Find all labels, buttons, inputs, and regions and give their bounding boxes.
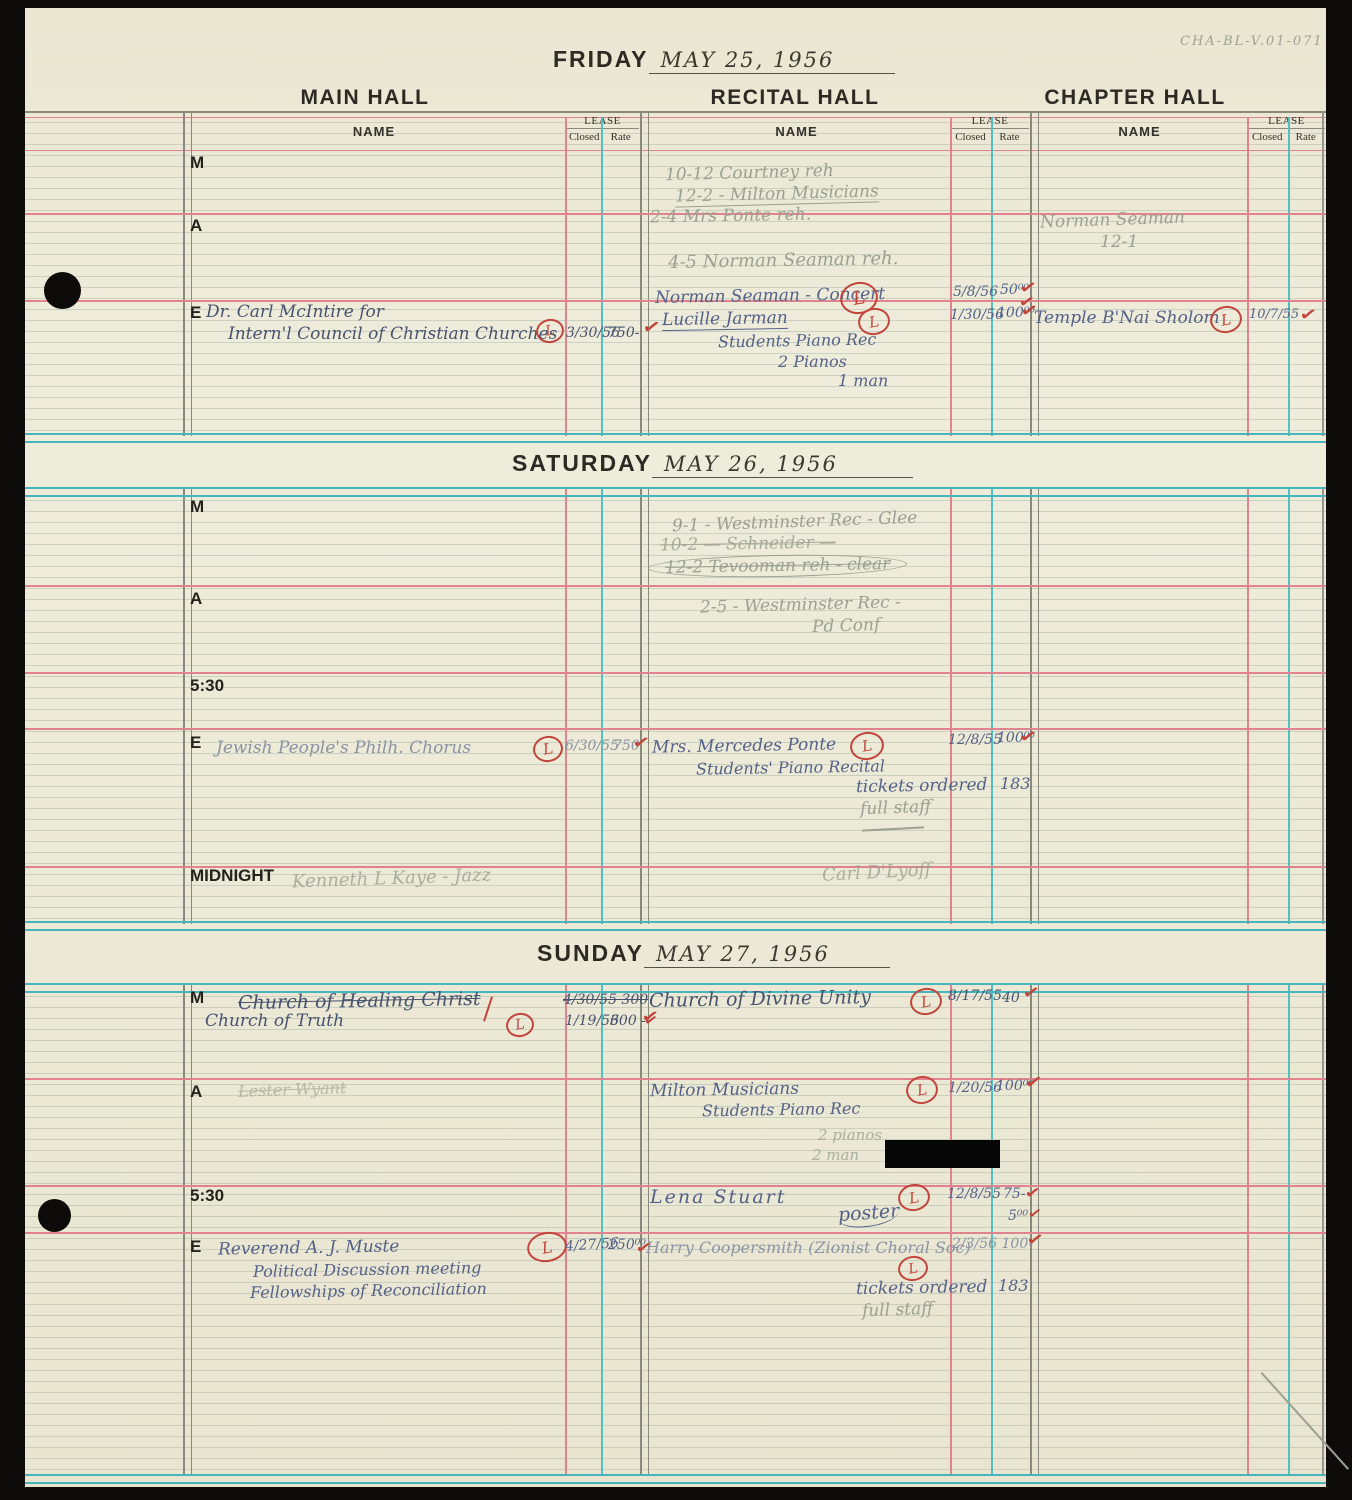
rate-label: Rate [990, 129, 1029, 143]
punch-hole [44, 272, 81, 309]
entry-saturday-recital-evening-name: Mrs. Mercedes Ponte [652, 734, 836, 757]
entry-friday-recital-evening2-name: Lucille Jarman [662, 308, 788, 331]
check-mark: ✓ [1025, 1229, 1045, 1251]
entry-saturday-recital-evening-closed: 12/8/55 [948, 732, 1002, 748]
lease-label: LEASE [951, 115, 1029, 129]
day-name: SATURDAY [512, 450, 652, 477]
entry-friday-chapter-afternoon-line2: 12-1 [1100, 232, 1138, 252]
row-line [25, 1078, 1326, 1080]
grid-vline [1288, 117, 1290, 436]
entry-friday-recital-evening2-line4: 1 man [838, 371, 888, 390]
entry-sunday-recital-evening-name: Harry Coopersmith (Zionist Choral Soc) [646, 1238, 971, 1257]
grid-vline [1247, 117, 1249, 436]
row-label: M [190, 497, 204, 517]
check-mark: ✓ [1023, 1182, 1042, 1204]
grid-vline [1322, 111, 1324, 436]
day-header-sunday: SUNDAY MAY 27, 1956 [537, 940, 890, 968]
scanned-ledger-page: CHA-BL-V.01-071 FRIDAY MAY 25, 1956 SATU… [0, 0, 1352, 1500]
grid-vline [950, 488, 952, 924]
entry-sunday-recital-afternoon-line2: Students Piano Rec [702, 1099, 861, 1121]
entry-sunday-recital-afternoon-closed: 1/20/56 [948, 1080, 1002, 1096]
col-header-lease-chapter: LEASE ClosedRate [1248, 115, 1325, 143]
block-divider [25, 921, 1326, 931]
day-header-friday: FRIDAY MAY 25, 1956 [553, 46, 895, 74]
entry-sunday-recital-evening-tickets: tickets ordered [856, 1277, 988, 1299]
check-mark: ✓ [631, 732, 651, 754]
row-label: A [190, 1082, 202, 1102]
entry-friday-recital-morning-line3: 2-4 Mrs Ponte reh. [650, 205, 812, 228]
grid-vline [640, 111, 649, 436]
grid-vline [1322, 488, 1324, 924]
grid-vline [183, 984, 192, 1476]
entry-saturday-recital-evening-tickets: tickets ordered [856, 775, 988, 797]
check-mark: ✓ [642, 1011, 659, 1030]
grid-vline [565, 117, 567, 436]
check-mark: ✓ [1018, 726, 1038, 748]
grid-vline [640, 488, 649, 924]
grid-vline [601, 488, 603, 924]
grid-vline [1288, 488, 1290, 924]
entry-friday-recital-afternoon: 4-5 Norman Seaman reh. [668, 248, 899, 273]
grid-vline [991, 488, 993, 924]
row-label: 5:30 [190, 1186, 224, 1206]
check-mark: ✓ [1026, 1204, 1043, 1223]
ruled-band-friday [25, 112, 1326, 436]
check-mark: ✓ [1021, 982, 1041, 1004]
hall-header-main: MAIN HALL [301, 86, 430, 110]
check-mark: ✓ [641, 316, 663, 339]
entry-saturday-recital-afternoon-line2: Pd Conf [812, 615, 881, 637]
grid-vline [601, 984, 603, 1476]
day-date: MAY 26, 1956 [652, 452, 913, 478]
entry-friday-recital-evening2-line3: 2 Pianos [778, 352, 847, 371]
block-divider [25, 1474, 1326, 1484]
grid-vline [950, 984, 952, 1476]
check-mark: ✓ [1298, 304, 1318, 326]
row-label: M [190, 153, 204, 173]
entry-sunday-main-evening-name: Reverend A. J. Muste [218, 1236, 400, 1259]
hall-header-recital: RECITAL HALL [711, 86, 880, 110]
block-divider [25, 487, 1326, 497]
entry-sunday-recital-afternoon-line3: 2 pianos [818, 1126, 882, 1144]
entry-friday-recital-evening1-closed: 5/8/56 [953, 284, 998, 300]
entry-sunday-recital-530-closed: 12/8/55 [947, 1186, 1001, 1202]
entry-saturday-main-evening-name: Jewish People's Philh. Chorus [216, 738, 471, 758]
table-top-line [25, 111, 1326, 113]
grid-vline [1030, 488, 1039, 924]
row-label: MIDNIGHT [190, 866, 274, 886]
lease-label: LEASE [1248, 115, 1325, 129]
entry-sunday-recital-530-rate: 75- [1003, 1186, 1026, 1202]
entry-sunday-recital-evening-lease: 2/3/56 100- [952, 1236, 1033, 1252]
col-header-name-recital: NAME [643, 124, 950, 139]
col-header-name-chapter: NAME [1032, 124, 1247, 139]
grid-vline [565, 488, 567, 924]
entry-sunday-recital-evening-fullstaff: full staff [862, 1299, 934, 1321]
rate-label: Rate [603, 129, 640, 143]
punch-hole [38, 1199, 71, 1232]
day-name: SUNDAY [537, 940, 644, 967]
grid-vline [1030, 111, 1039, 436]
entry-friday-main-evening-line2: Intern'l Council of Christian Churches [228, 324, 557, 344]
row-label: A [190, 216, 202, 236]
closed-label: Closed [1248, 129, 1287, 143]
col-header-lease-recital: LEASE ClosedRate [951, 115, 1029, 143]
entry-friday-main-evening-line1: Dr. Carl McIntire for [206, 302, 384, 322]
row-label: A [190, 589, 202, 609]
check-mark: ✓ [1023, 1071, 1045, 1094]
entry-saturday-recital-morning-line2-struck: 10-2 — Schneider — [660, 532, 836, 555]
block-divider [25, 433, 1326, 443]
row-line [25, 585, 1326, 587]
entry-friday-recital-evening2-line2: Students Piano Rec [718, 330, 877, 352]
entry-friday-chapter-evening-name: Temple B'Nai Sholom [1034, 308, 1220, 328]
grid-vline [1247, 984, 1249, 1476]
entry-sunday-recital-530-rate2: 5⁰⁰ [1008, 1208, 1028, 1224]
grid-vline [640, 984, 649, 1476]
row-line [25, 1232, 1326, 1234]
col-header-name-main: NAME [183, 124, 565, 139]
grid-vline [601, 117, 603, 436]
row-label: E [190, 303, 201, 323]
entry-sunday-recital-530-name: Lena Stuart [650, 1186, 786, 1208]
row-line [25, 728, 1326, 730]
archive-code: CHA-BL-V.01-071 [1180, 34, 1324, 49]
row-label: E [190, 733, 201, 753]
header-pink-line [25, 117, 1326, 118]
grid-vline [1322, 984, 1324, 1476]
grid-vline [1247, 488, 1249, 924]
entry-sunday-recital-morning-closed: 8/17/55 [948, 988, 1002, 1004]
entry-saturday-recital-evening-tickets-num: 183 [1000, 774, 1031, 793]
closed-label: Closed [566, 129, 603, 143]
day-date: MAY 27, 1956 [644, 942, 890, 968]
row-line [25, 672, 1326, 674]
entry-sunday-recital-afternoon-line4: 2 man [812, 1146, 859, 1164]
entry-sunday-main-evening-line2: Political Discussion meeting [253, 1258, 482, 1281]
closed-label: Closed [951, 129, 990, 143]
entry-saturday-recital-evening-fullstaff: full staff [860, 797, 932, 819]
entry-sunday-recital-morning-name: Church of Divine Unity [649, 986, 871, 1012]
entry-sunday-recital-evening-tickets-num: 183 [998, 1276, 1029, 1295]
entry-sunday-main-afternoon-struck: Lester Wyant [238, 1078, 347, 1101]
entry-friday-chapter-evening-closed: 10/7/55 [1249, 307, 1299, 322]
day-date: MAY 25, 1956 [649, 48, 895, 74]
entry-friday-main-evening-rate: 750- [608, 325, 639, 341]
entry-sunday-main-morning-struck-lease: 4/30/55 300 [563, 992, 648, 1008]
grid-vline [991, 984, 993, 1476]
entry-saturday-main-evening-closed: 6/30/55 [565, 738, 619, 754]
hall-header-chapter: CHAPTER HALL [1044, 86, 1225, 110]
rate-label: Rate [1287, 129, 1326, 143]
day-header-saturday: SATURDAY MAY 26, 1956 [512, 450, 913, 478]
grid-vline [183, 488, 192, 924]
redaction-box [885, 1140, 1000, 1168]
entry-sunday-recital-morning-rate: 40 [1002, 990, 1020, 1006]
row-label: M [190, 988, 204, 1008]
row-label: E [190, 1237, 201, 1257]
day-name: FRIDAY [553, 46, 649, 73]
entry-saturday-recital-evening-line2: Students' Piano Recital [696, 756, 885, 778]
entry-sunday-recital-afternoon-name: Milton Musicians [650, 1079, 799, 1102]
grid-vline [991, 117, 993, 436]
grid-vline [565, 984, 567, 1476]
entry-sunday-main-morning-name: Church of Truth [205, 1011, 344, 1031]
row-label: 5:30 [190, 676, 224, 696]
entry-friday-recital-evening2-closed: 1/30/56 [950, 307, 1004, 323]
header-bottom-line [25, 150, 1326, 151]
grid-vline [950, 117, 952, 436]
